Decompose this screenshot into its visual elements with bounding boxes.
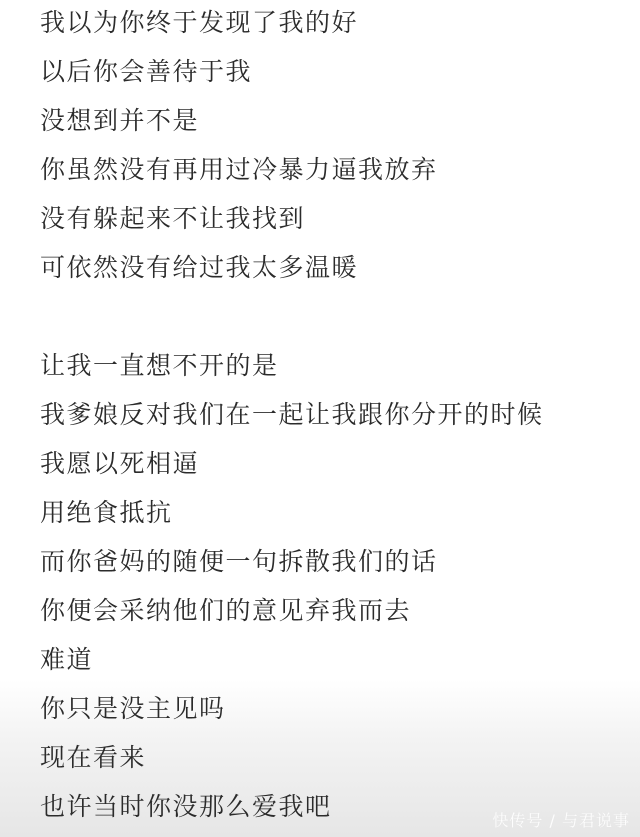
- poem-line: 现在看来: [40, 733, 146, 782]
- poem-line: 没有躲起来不让我找到: [40, 194, 305, 243]
- poem-line: 难道: [40, 635, 93, 684]
- poem-line: 以后你会善待于我: [40, 47, 252, 96]
- poem-line: 我愿以死相逼: [40, 439, 199, 488]
- poem-line: 你虽然没有再用过冷暴力逼我放弃: [40, 145, 438, 194]
- source-watermark: 快传号 / 与君说事: [492, 808, 630, 831]
- poem-line: 我以为你终于发现了我的好: [40, 0, 358, 47]
- poem-line: 没想到并不是: [40, 96, 199, 145]
- poem-line: 我爹娘反对我们在一起让我跟你分开的时候: [40, 390, 544, 439]
- poem-line: 而你爸妈的随便一句拆散我们的话: [40, 537, 438, 586]
- poem-line: 也许当时你没那么爱我吧: [40, 782, 332, 831]
- poem-line: 可依然没有给过我太多温暖: [40, 243, 358, 292]
- poem-line: 让我一直想不开的是: [40, 341, 279, 390]
- poem-line: 你只是没主见吗: [40, 684, 226, 733]
- poem-line: 你便会采纳他们的意见弃我而去: [40, 586, 411, 635]
- poem-line: 用绝食抵抗: [40, 488, 173, 537]
